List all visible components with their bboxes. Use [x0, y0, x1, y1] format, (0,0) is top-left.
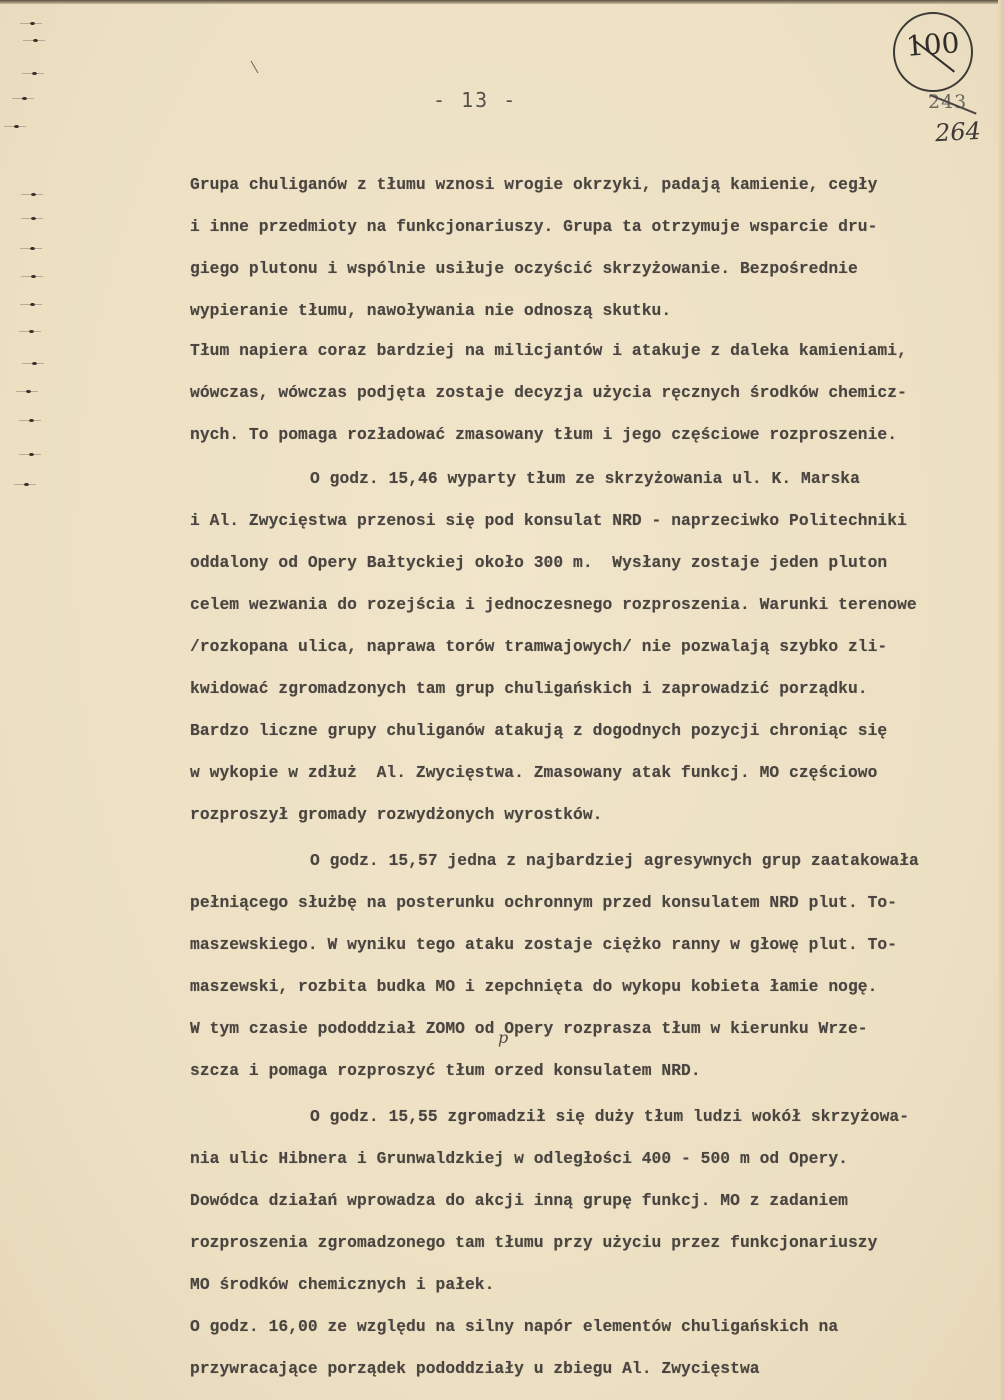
text-line: szcza i pomaga rozproszyć tłum orzed kon…	[190, 1061, 701, 1080]
text-line: /rozkopana ulica, naprawa torów tramwajo…	[190, 637, 887, 656]
text-line: MO środków chemicznych i pałek.	[190, 1275, 494, 1294]
text-line: Tłum napiera coraz bardziej na milicjant…	[190, 341, 907, 360]
binding-hole	[31, 275, 36, 278]
binding-hole	[14, 125, 19, 128]
binding-hole	[29, 419, 34, 422]
binding-hole	[30, 22, 35, 25]
binding-hole	[30, 247, 35, 250]
text-line: oddalony od Opery Bałtyckiej około 300 m…	[190, 553, 887, 572]
binding-hole	[30, 303, 35, 306]
paragraph-start-line: O godz. 15,57 jedna z najbardziej agresy…	[310, 851, 919, 870]
text-line: w wykopie w zdłuż Al. Zwycięstwa. Zmasow…	[190, 763, 877, 782]
document-page: - 13 - 100 243 264 Grupa chuliganów z tł…	[0, 0, 1004, 1400]
pencil-mark	[251, 61, 259, 74]
text-line: maszewski, rozbita budka MO i zepchnięta…	[190, 977, 877, 996]
text-line: i inne przedmioty na funkcjonariuszy. Gr…	[190, 217, 877, 236]
binding-hole	[33, 39, 38, 42]
text-line: Grupa chuliganów z tłumu wznosi wrogie o…	[190, 175, 877, 194]
text-line: przywracające porządek pododdziały u zbi…	[190, 1359, 760, 1378]
text-line: maszewskiego. W wyniku tego ataku zostaj…	[190, 935, 897, 954]
text-line: wypieranie tłumu, nawoływania nie odnosz…	[190, 301, 671, 320]
binding-hole	[29, 453, 34, 456]
text-line: kwidować zgromadzonych tam grup chuligań…	[190, 679, 868, 698]
binding-hole	[32, 362, 37, 365]
binding-hole	[31, 193, 36, 196]
text-line: rozproszenia zgromadzonego tam tłumu prz…	[190, 1233, 877, 1252]
text-line: nych. To pomaga rozładować zmasowany tłu…	[190, 425, 897, 444]
page-number: - 13 -	[433, 88, 517, 112]
text-line: rozproszył gromady rozwydżonych wyrostkó…	[190, 805, 602, 824]
scan-right-edge	[998, 0, 1004, 1400]
paragraph-start-line: O godz. 15,55 zgromadził się duży tłum l…	[310, 1107, 909, 1126]
scan-top-edge	[0, 0, 1004, 4]
text-line: W tym czasie pododdział ZOMO od Opery ro…	[190, 1019, 868, 1038]
text-line: i Al. Zwycięstwa przenosi się pod konsul…	[190, 511, 907, 530]
paragraph-start-line: O godz. 15,46 wyparty tłum ze skrzyżowan…	[310, 469, 860, 488]
circled-folio-number: 100	[905, 26, 961, 63]
binding-hole	[32, 72, 37, 75]
archive-number-new: 264	[934, 117, 981, 147]
text-line: nia ulic Hibnera i Grunwaldzkiej w odleg…	[190, 1149, 848, 1168]
binding-hole	[26, 390, 31, 393]
binding-hole	[29, 330, 34, 333]
text-line: Dowódca działań wprowadza do akcji inną …	[190, 1191, 848, 1210]
text-line: celem wezwania do rozejścia i jednoczesn…	[190, 595, 917, 614]
handwritten-correction: p	[498, 1028, 508, 1047]
text-line: giego plutonu i wspólnie usiłuje oczyści…	[190, 259, 858, 278]
text-line-with-struck-word: wówczas, wówczas podjęta zostaje decyzja…	[190, 383, 907, 402]
binding-hole	[31, 217, 36, 220]
binding-hole	[24, 483, 29, 486]
text-line: Bardzo liczne grupy chuliganów atakują z…	[190, 721, 887, 740]
binding-hole	[22, 97, 27, 100]
text-line: O godz. 16,00 ze względu na silny napór …	[190, 1317, 838, 1336]
text-line: pełniącego służbę na posterunku ochronny…	[190, 893, 897, 912]
